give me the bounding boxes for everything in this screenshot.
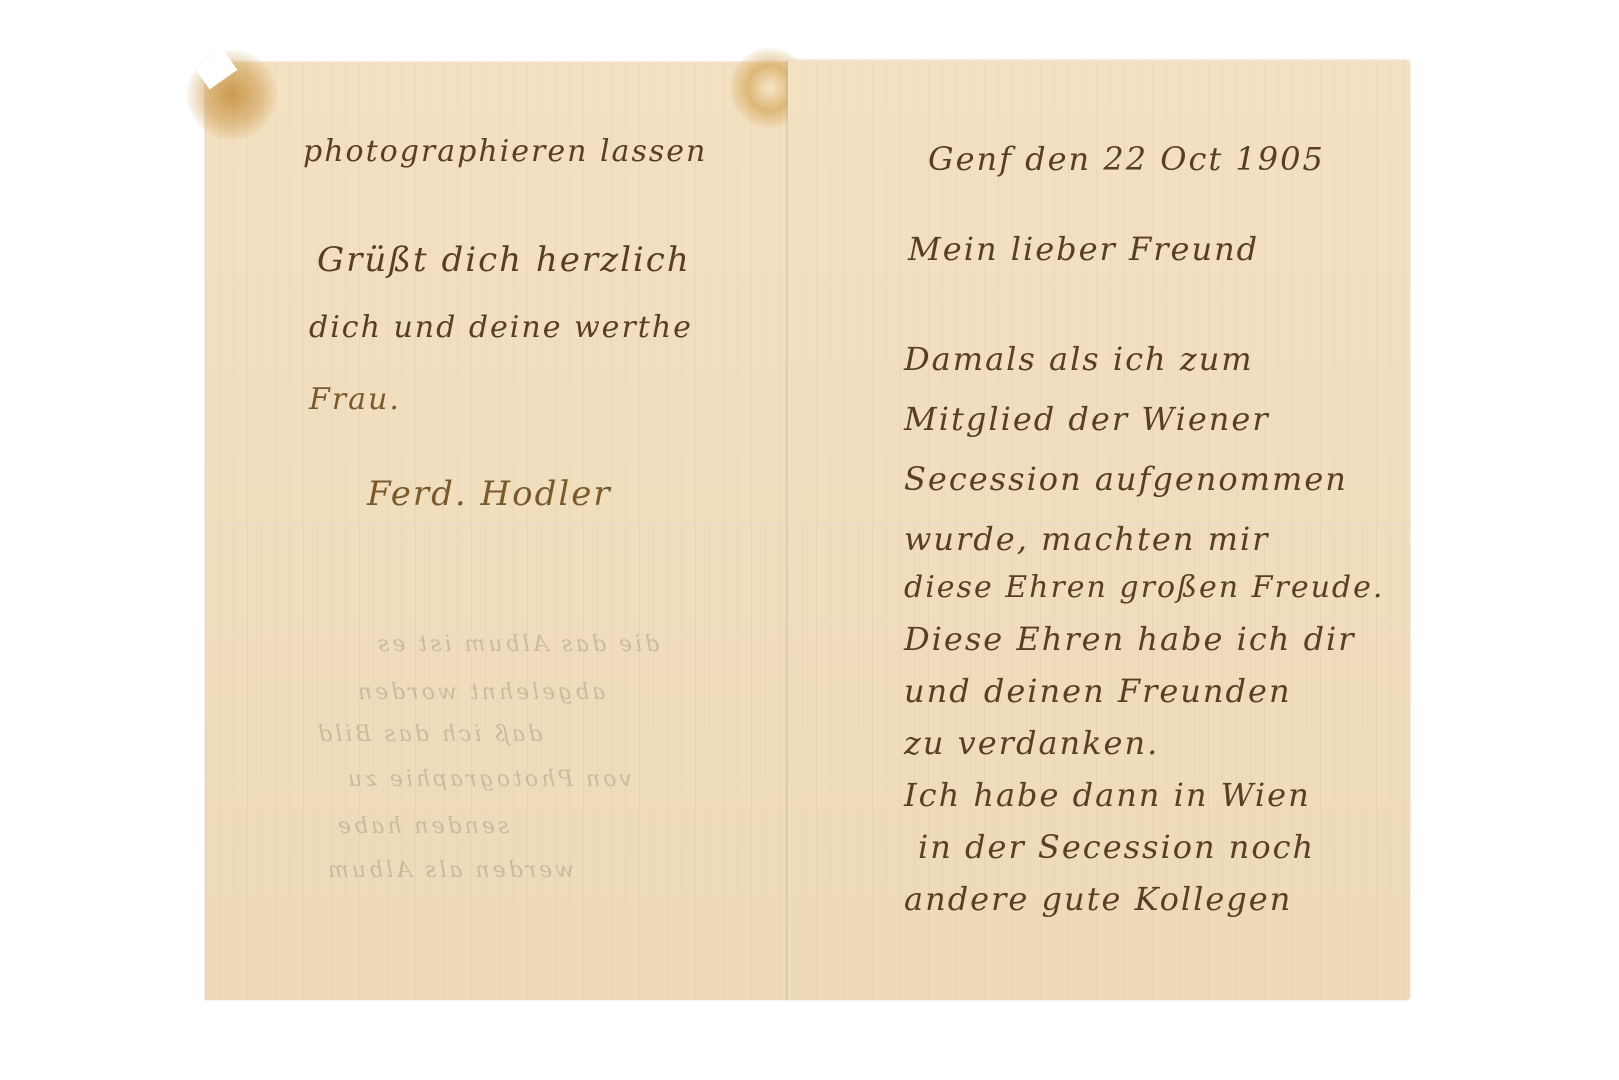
letter-sheet-right: Genf den 22 Oct 1905 Mein lieber Freund …: [788, 60, 1410, 1000]
dateline: Genf den 22 Oct 1905: [928, 140, 1325, 178]
bleed-through-text: die das Album ist es: [375, 632, 659, 657]
handwritten-line: Mitglied der Wiener: [904, 400, 1270, 438]
handwritten-line: Damals als ich zum: [904, 340, 1254, 378]
fold-crease: [205, 522, 788, 525]
bleed-through-text: werden als Album: [325, 858, 574, 883]
bleed-through-text: senden habe: [335, 814, 509, 839]
bleed-through-text: von Photographie zu: [345, 767, 632, 792]
handwritten-line: Frau.: [309, 382, 401, 417]
bleed-through-text: daß ich das Bild: [315, 722, 542, 747]
center-fold: [786, 60, 789, 1000]
salutation: Mein lieber Freund: [908, 230, 1259, 268]
handwritten-line: dich und deine werthe: [309, 310, 693, 345]
handwritten-line: wurde, machten mir: [904, 520, 1269, 558]
handwritten-line: Ich habe dann in Wien: [904, 776, 1311, 814]
bleed-through-text: abgelehnt worden: [355, 680, 605, 705]
handwritten-line: Diese Ehren habe ich dir: [904, 620, 1356, 658]
handwritten-line: zu verdanken.: [904, 724, 1159, 762]
handwritten-line: Grüßt dich herzlich: [317, 240, 691, 280]
handwritten-line: andere gute Kollegen: [904, 880, 1292, 918]
letter-sheet-left: die das Album ist es abgelehnt worden da…: [205, 62, 788, 1000]
handwritten-line: und deinen Freunden: [904, 672, 1292, 710]
handwritten-line: diese Ehren großen Freude.: [904, 570, 1384, 605]
handwritten-line: Secession aufgenommen: [904, 460, 1348, 498]
handwritten-line: photographieren lassen: [303, 134, 707, 169]
handwritten-line: in der Secession noch: [918, 828, 1315, 866]
signature: Ferd. Hodler: [367, 474, 612, 514]
